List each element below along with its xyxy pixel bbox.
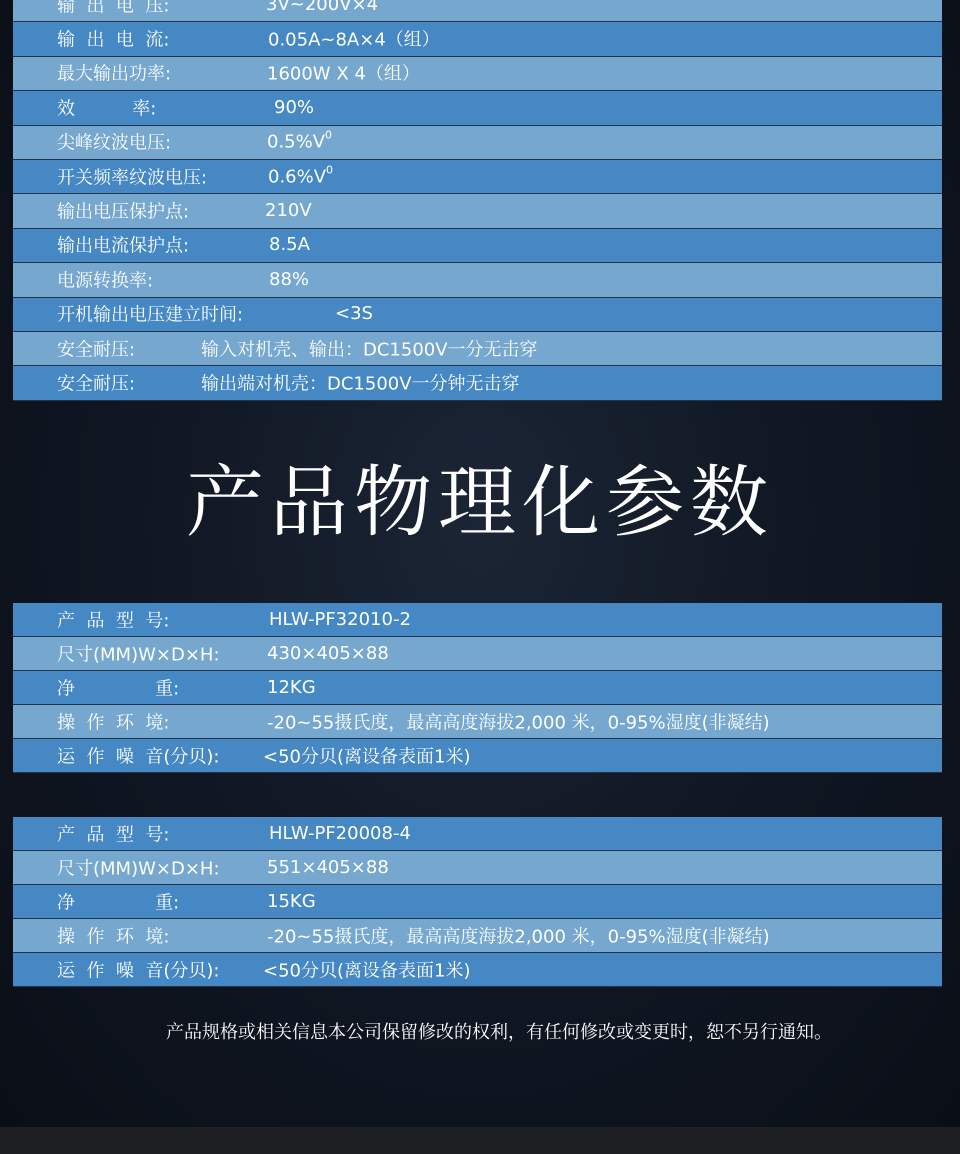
spec-row-max-power: 最大输出功率: 1600W X 4（组） [13,57,942,91]
spec-value-superscript: 0 [326,163,333,176]
spec-value-superscript: 0 [325,129,332,142]
spec-label: 尖峰纹波电压: [57,129,171,155]
physical-spec-table-model-2: 产 品 型 号: HLW-PF20008-4 尺寸(MM)W×D×H: 551×… [13,817,942,987]
phys-value: <50分贝(离设备表面1米) [263,956,470,982]
spec-label: 开关频率纹波电压: [57,163,207,189]
phys-row-dimensions: 尺寸(MM)W×D×H: 551×405×88 [13,851,942,885]
spec-value: 88% [269,269,309,290]
spec-value: 输出端对机壳：DC1500V一分钟无击穿 [201,369,520,395]
phys-label: 净 重: [57,888,179,914]
spec-row-conversion-rate: 电源转换率: 88% [13,263,942,297]
disclaimer-footnote: 产品规格或相关信息本公司保留修改的权利，有任何修改或变更时，恕不另行通知。 [166,1018,832,1044]
phys-value: 12KG [267,677,316,698]
spec-label: 最大输出功率: [57,60,171,86]
spec-value: 90% [274,97,314,118]
spec-row-startup-time: 开机输出电压建立时间: <3S [13,298,942,332]
phys-label: 尺寸(MM)W×D×H: [57,640,220,666]
phys-row-dimensions: 尺寸(MM)W×D×H: 430×405×88 [13,637,942,671]
spec-row-withstand-voltage-output: 安全耐压: 输出端对机壳：DC1500V一分钟无击穿 [13,366,942,400]
section-title: 产品物理化参数 [0,440,960,552]
phys-label: 尺寸(MM)W×D×H: [57,854,220,880]
phys-row-noise: 运 作 噪 音(分贝): <50分贝(离设备表面1米) [13,739,942,773]
phys-label: 产 品 型 号: [57,820,169,846]
spec-value: <3S [335,303,373,324]
phys-label: 运 作 噪 音(分贝): [57,956,219,982]
phys-value: 551×405×88 [267,857,389,878]
spec-row-switching-ripple: 开关频率纹波电压: 0.6%V0 [13,160,942,194]
phys-value: HLW-PF32010-2 [269,609,411,630]
phys-row-environment: 操 作 环 境: -20~55摄氏度，最高高度海拔2,000 米，0-95%湿度… [13,919,942,953]
spec-label: 输 出 电 流: [57,26,169,52]
phys-value: 430×405×88 [267,643,389,664]
phys-row-model: 产 品 型 号: HLW-PF32010-2 [13,603,942,637]
spec-row-withstand-voltage-input: 安全耐压: 输入对机壳、输出：DC1500V一分无击穿 [13,332,942,366]
phys-value: -20~55摄氏度，最高高度海拔2,000 米，0-95%湿度(非凝结) [267,708,770,734]
spec-row-ocp: 输出电流保护点: 8.5A [13,229,942,263]
spec-label: 效 率: [57,94,156,120]
spec-label: 输出电流保护点: [57,232,189,258]
phys-label: 运 作 噪 音(分贝): [57,742,219,768]
spec-value: 输入对机壳、输出：DC1500V一分无击穿 [201,335,538,361]
spec-value-text: 0.5%V [267,132,325,153]
phys-value: HLW-PF20008-4 [269,823,411,844]
phys-label: 产 品 型 号: [57,606,169,632]
phys-label: 操 作 环 境: [57,708,169,734]
phys-row-environment: 操 作 环 境: -20~55摄氏度，最高高度海拔2,000 米，0-95%湿度… [13,705,942,739]
spec-value: 0.5%V0 [267,131,332,153]
spec-value: 0.05A~8A×4（组） [268,26,440,52]
phys-value: 15KG [267,891,316,912]
phys-row-noise: 运 作 噪 音(分贝): <50分贝(离设备表面1米) [13,953,942,987]
spec-value-text: 0.6%V [268,166,326,187]
phys-value: <50分贝(离设备表面1米) [263,742,470,768]
phys-label: 操 作 环 境: [57,922,169,948]
phys-value: -20~55摄氏度，最高高度海拔2,000 米，0-95%湿度(非凝结) [267,922,770,948]
spec-row-peak-ripple: 尖峰纹波电压: 0.5%V0 [13,126,942,160]
spec-label: 输 出 电 压: [57,0,169,17]
spec-value: 8.5A [269,235,310,256]
spec-label: 安全耐压: [57,369,135,395]
phys-row-weight: 净 重: 15KG [13,885,942,919]
spec-value: 0.6%V0 [268,165,333,187]
physical-spec-table-model-1: 产 品 型 号: HLW-PF32010-2 尺寸(MM)W×D×H: 430×… [13,603,942,773]
spec-label: 安全耐压: [57,335,135,361]
spec-row-output-current: 输 出 电 流: 0.05A~8A×4（组） [13,22,942,56]
spec-row-output-voltage: 输 出 电 压: 3V~200V×4 [13,0,942,22]
spec-label: 开机输出电压建立时间: [57,301,243,327]
spec-label: 电源转换率: [57,266,153,292]
spec-row-efficiency: 效 率: 90% [13,91,942,125]
phys-row-model: 产 品 型 号: HLW-PF20008-4 [13,817,942,851]
spec-value: 3V~200V×4 [266,0,378,15]
phys-row-weight: 净 重: 12KG [13,671,942,705]
spec-label: 输出电压保护点: [57,198,189,224]
electrical-spec-table: 输 出 电 压: 3V~200V×4 输 出 电 流: 0.05A~8A×4（组… [13,0,942,401]
spec-value: 1600W X 4（组） [267,60,420,86]
phys-label: 净 重: [57,674,179,700]
spec-row-ovp: 输出电压保护点: 210V [13,194,942,228]
bottom-band [0,1127,960,1154]
spec-value: 210V [265,200,312,221]
